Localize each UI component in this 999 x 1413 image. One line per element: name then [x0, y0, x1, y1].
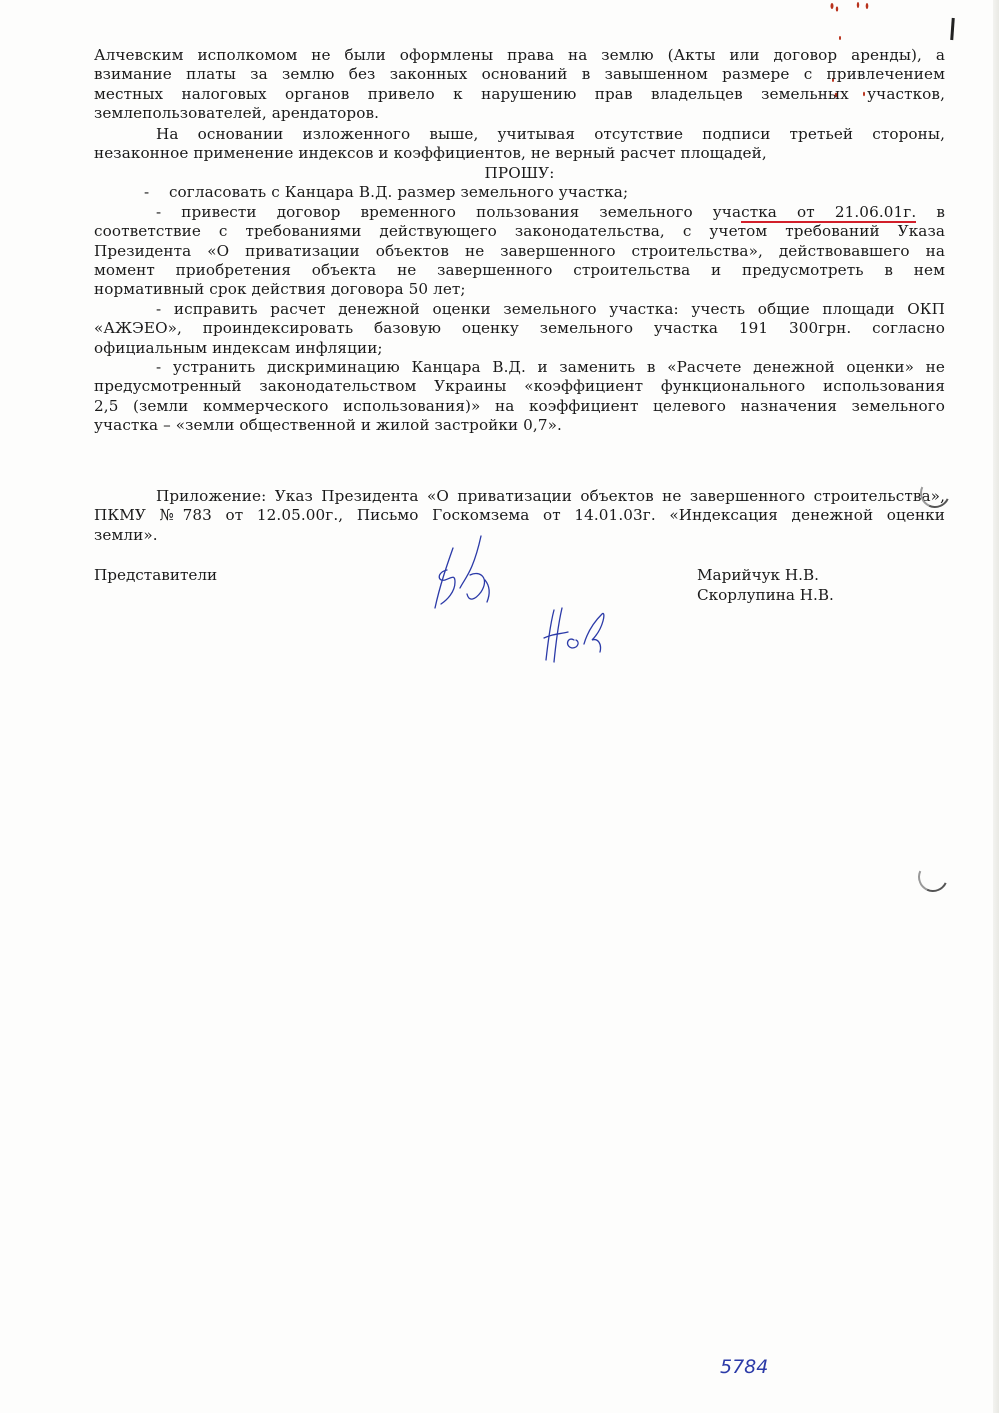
text-line: местных налоговых органов привело к нару…: [94, 85, 945, 104]
text-line: участка – «земли общественной и жилой за…: [94, 416, 945, 435]
scanned-document-page: Алчевским исполкомом не были оформлены п…: [0, 0, 999, 1413]
appendix-paragraph: Приложение: Указ Президента «О приватиза…: [94, 487, 945, 545]
text-line: Президента «О приватизации объектов не з…: [94, 242, 945, 261]
text-line: земли».: [94, 526, 945, 545]
text-line: - устранить дискриминацию Канцара В.Д. и…: [94, 358, 945, 377]
paragraph-land-rights: Алчевским исполкомом не были оформлены п…: [94, 46, 945, 123]
request-item-3: - исправить расчет денежной оценки земел…: [94, 300, 945, 358]
paragraph-grounds: На основании изложенного выше, учитывая …: [94, 125, 945, 202]
text-line: ПКМУ №783 от 12.05.00г., Письмо Госкомзе…: [94, 506, 945, 525]
representatives-label: Представители: [94, 566, 217, 584]
text-line: Алчевским исполкомом не были оформлены п…: [94, 46, 945, 65]
page-number-glyphs: 5784: [718, 1351, 784, 1381]
text-line: землепользователей, арендаторов.: [94, 104, 945, 123]
text-line: Приложение: Указ Президента «О приватиза…: [94, 487, 945, 506]
pen-mark: [950, 18, 955, 40]
page-edge-shadow: [993, 0, 999, 1413]
text-line: официальным индексам инфляции;: [94, 339, 945, 358]
text-line: - привести договор временного пользовани…: [94, 203, 945, 222]
text-segment: - привести договор временного пользовани…: [156, 203, 741, 221]
text-segment: в: [916, 203, 945, 221]
text-line: предусмотренный законодательством Украин…: [94, 377, 945, 396]
handwritten-signature-2: [540, 600, 620, 670]
text-line: нормативный срок действия договора 50 ле…: [94, 280, 945, 299]
request-heading: ПРОШУ:: [94, 164, 945, 183]
punch-hole-mark: [914, 858, 952, 896]
handwritten-page-number: 5784: [718, 1351, 784, 1385]
text-line: 2,5 (земли коммерческого использования)»…: [94, 397, 945, 416]
representative-name: Скорлупина Н.В.: [697, 586, 834, 606]
request-item-4: - устранить дискриминацию Канцара В.Д. и…: [94, 358, 945, 435]
text-line: взимание платы за землю без законных осн…: [94, 65, 945, 84]
representative-name: Марийчук Н.В.: [697, 566, 834, 586]
text-line: соответствие с требованиями действующего…: [94, 222, 945, 241]
underlined-contract-date: стка от 21.06.01г.: [741, 203, 916, 223]
text-line: момент приобретения объекта не завершенн…: [94, 261, 945, 280]
text-line: незаконное применение индексов и коэффиц…: [94, 144, 945, 163]
text-line: На основании изложенного выше, учитывая …: [94, 125, 945, 144]
text-line: - исправить расчет денежной оценки земел…: [94, 300, 945, 319]
request-item-2: - привести договор временного пользовани…: [94, 203, 945, 299]
representative-names: Марийчук Н.В. Скорлупина Н.В.: [697, 566, 834, 605]
text-line: «АЖЭЕО», проиндексировать базовую оценку…: [94, 319, 945, 338]
handwritten-signature-1: [425, 530, 505, 615]
request-item-1: - согласовать с Канцара В.Д. размер земе…: [94, 183, 945, 202]
svg-text:5784: 5784: [720, 1356, 768, 1378]
